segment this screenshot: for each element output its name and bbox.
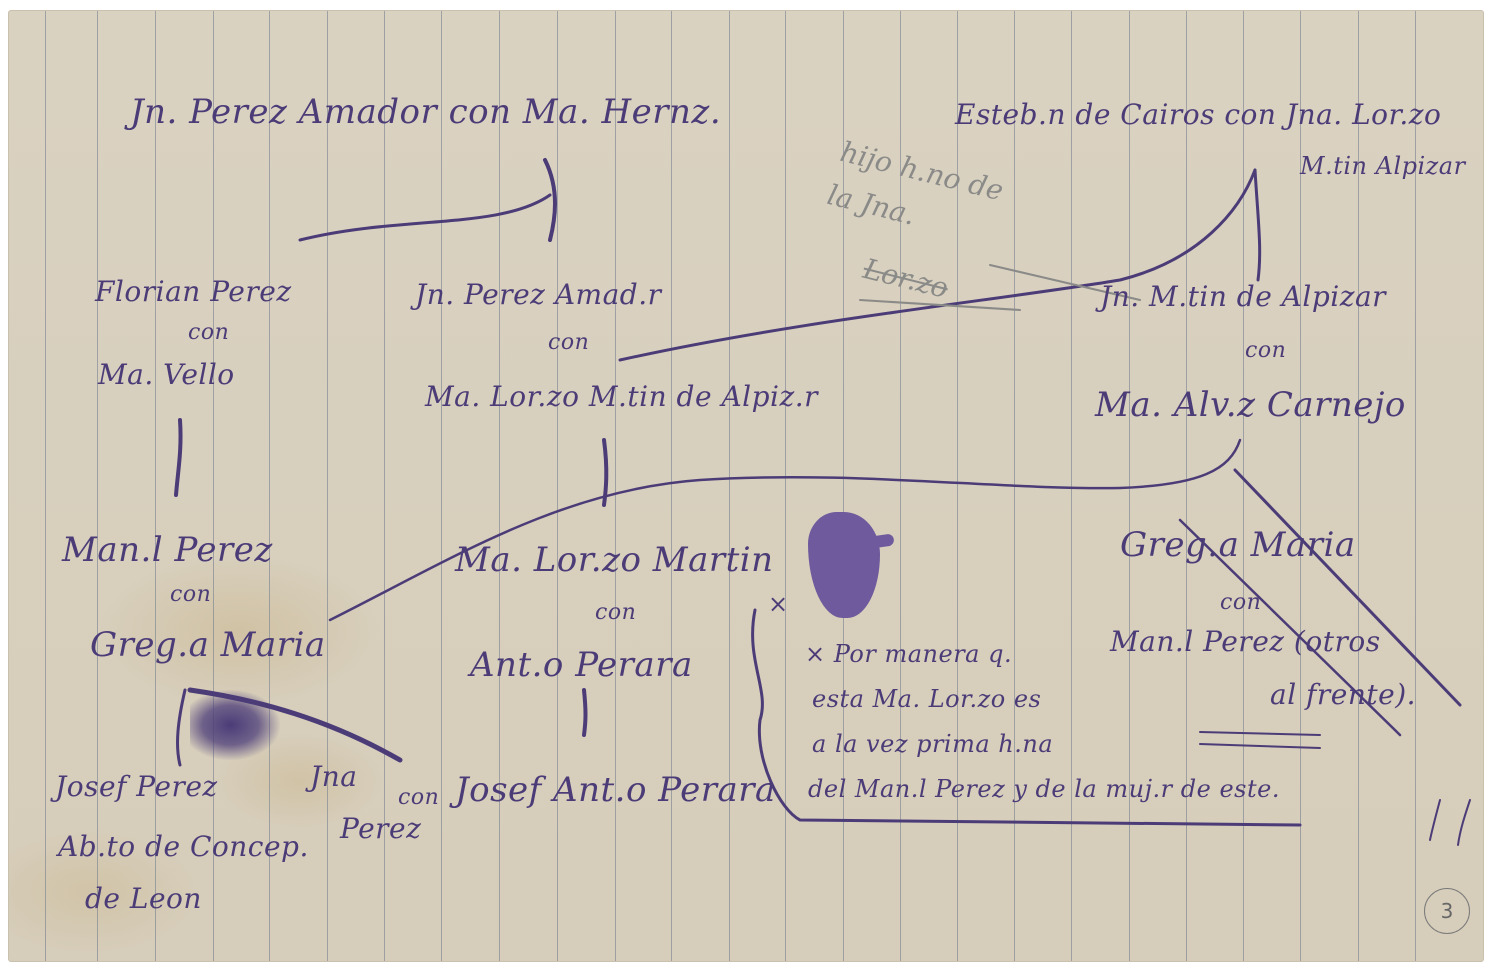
ruled-line [785,11,786,961]
ruled-line [97,11,98,961]
entry-jn-center-con: con [548,330,589,355]
note-line-2: esta Ma. Lor.zo es [812,685,1041,713]
ruled-line [615,11,616,961]
ruled-line [1243,11,1244,961]
ruled-line [1129,11,1130,961]
note-line-1: × Por manera q. [805,640,1012,668]
entry-josef-perez-place: de Leon [85,882,202,915]
ruled-line [1186,11,1187,961]
entry-top-right-1: Esteb.n de Cairos con Jna. Lor.zo [955,98,1441,131]
entry-manl-left-con: con [170,582,211,607]
entry-florian-con: con [188,320,229,345]
ruled-line [557,11,558,961]
note-line-4: del Man.l Perez y de la muj.r de este. [808,775,1280,803]
entry-jna: Jna [310,760,357,793]
entry-jn-center-spouse: Ma. Lor.zo M.tin de Alpiz.r [425,380,818,413]
note-line-3: a la vez prima h.na [812,730,1053,758]
entry-josef-antonio: Josef Ant.o Perara [455,770,776,810]
entry-josef-perez-title: Ab.to de Concep. [58,830,309,863]
entry-top-right-2: M.tin Alpizar [1300,152,1466,180]
ruled-line [441,11,442,961]
ruled-line [729,11,730,961]
entry-florian-name: Florian Perez [95,275,292,308]
entry-jn-right-spouse: Ma. Alv.z Carnejo [1095,385,1406,425]
entry-jn-right-con: con [1245,338,1286,363]
ruled-line [671,11,672,961]
entry-greg-right-note: al frente). [1270,678,1416,711]
entry-top-left: Jn. Perez Amador con Ma. Hernz. [130,92,721,132]
entry-josef-perez: Josef Perez [55,770,218,803]
ruled-line [1071,11,1072,961]
ruled-line [45,11,46,961]
ink-scribble [190,690,280,760]
ruled-line [957,11,958,961]
entry-jna-perez: Perez [340,812,421,845]
note-marker: × [768,590,789,618]
entry-jna-con: con [398,785,439,810]
entry-greg-right-spouse: Man.l Perez (otros [1110,625,1381,658]
entry-greg-right-con: con [1220,590,1261,615]
ruled-line [499,11,500,961]
entry-florian-spouse: Ma. Vello [98,358,235,391]
entry-greg-right-name: Greg.a Maria [1120,525,1356,565]
ruled-line [213,11,214,961]
entry-ma-lor-spouse: Ant.o Perara [470,645,693,685]
ruled-line [269,11,270,961]
ruled-line [1014,11,1015,961]
page-number: 3 [1424,888,1470,934]
entry-manl-left-name: Man.l Perez [62,530,273,570]
entry-ma-lor-con: con [595,600,636,625]
entry-jn-right-name: Jn. M.tin de Alpizar [1100,280,1386,313]
entry-ma-lor-name: Ma. Lor.zo Martin [455,540,774,580]
entry-manl-left-spouse: Greg.a Maria [90,625,326,665]
entry-jn-center-name: Jn. Perez Amad.r [415,278,662,311]
ruled-line [155,11,156,961]
manuscript-page [9,11,1483,961]
ruled-line [327,11,328,961]
